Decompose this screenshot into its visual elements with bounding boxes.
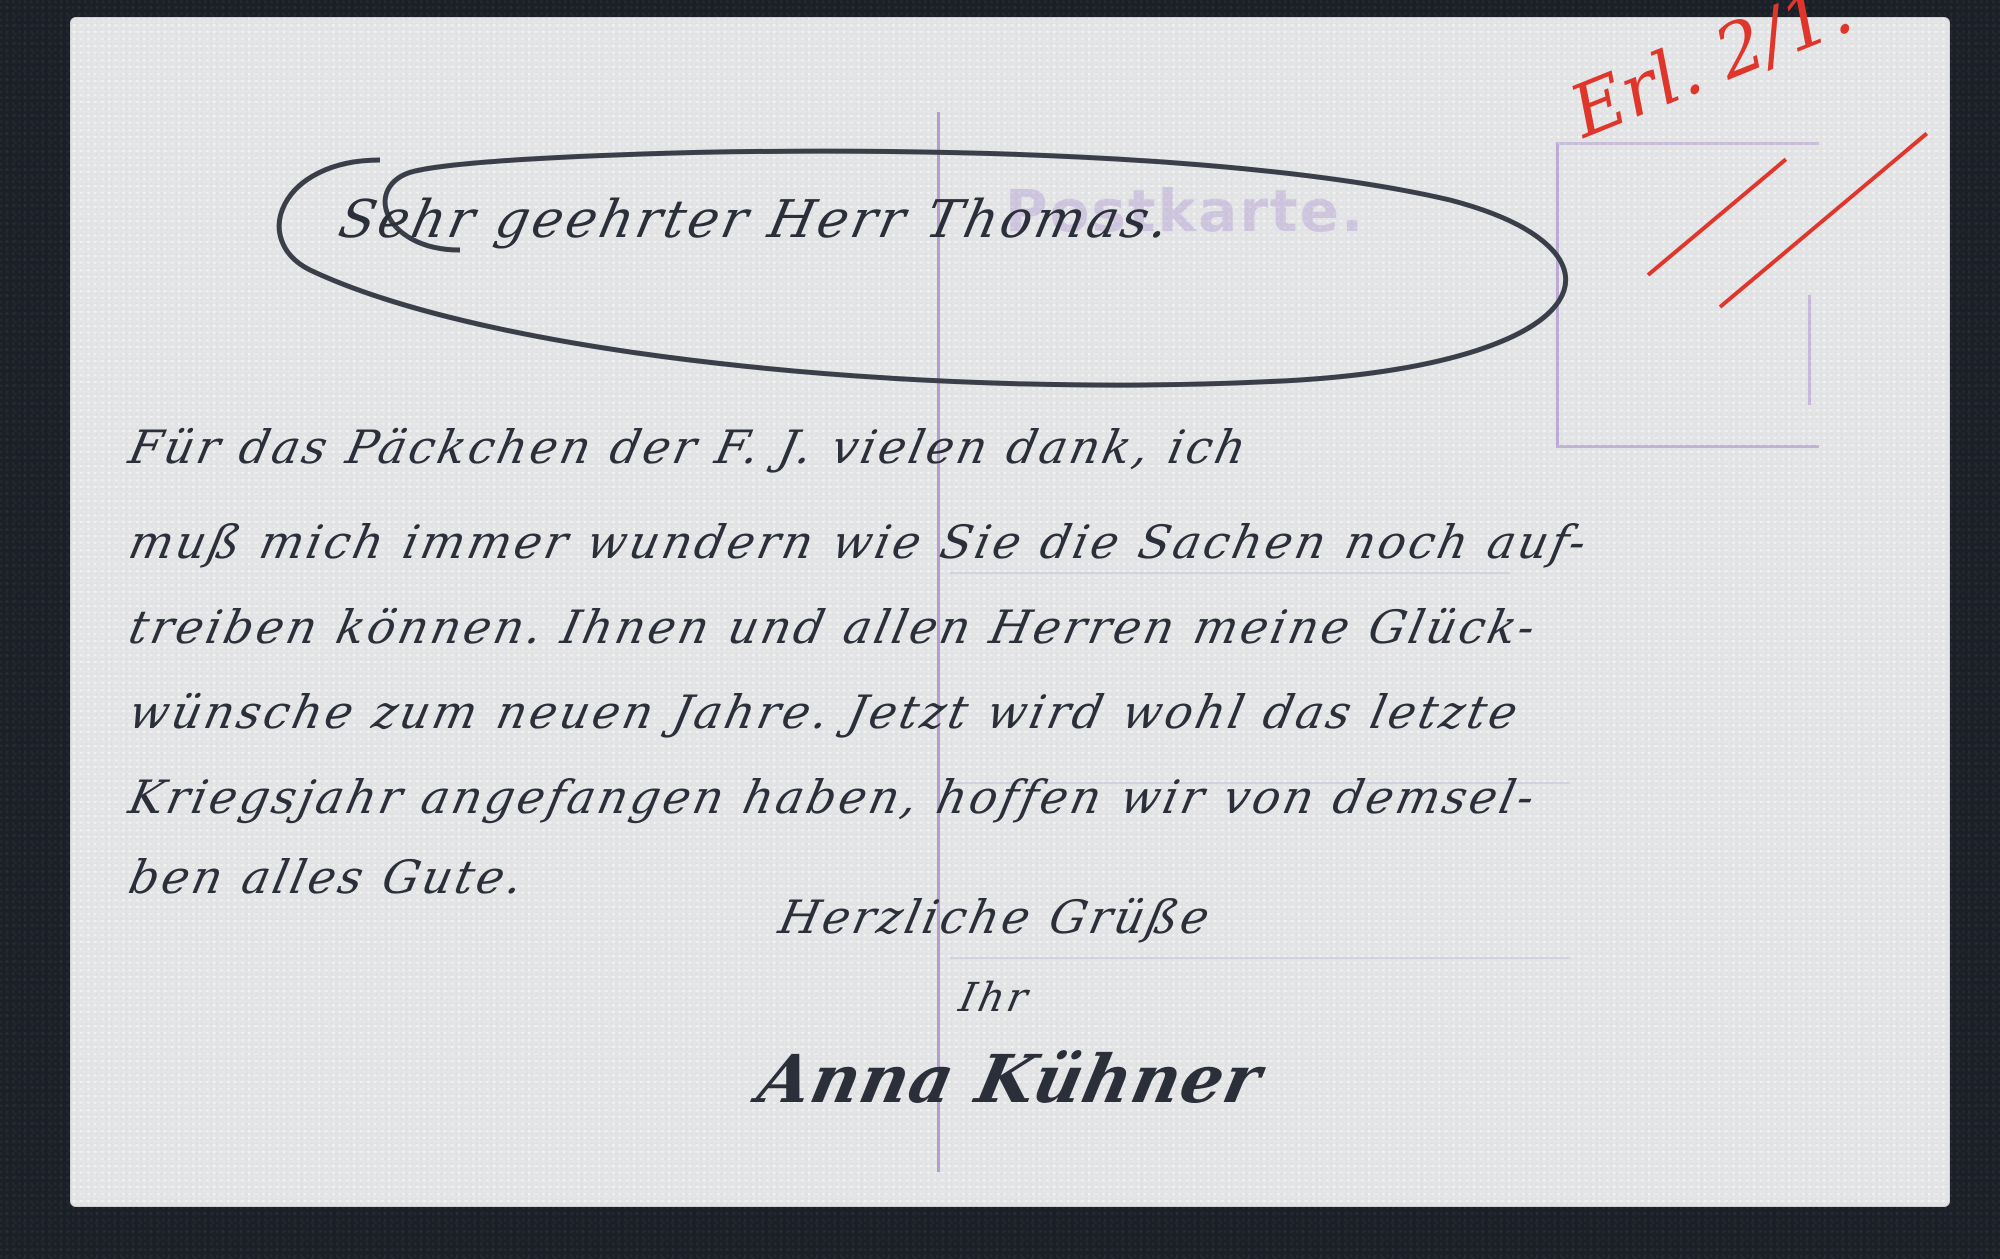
letter-line: Für das Päckchen der F. J. vielen dank, …	[124, 420, 1254, 474]
letter-line: treiben können. Ihnen und allen Herren m…	[124, 600, 1543, 654]
letter-line: muß mich immer wundern wie Sie die Sache…	[124, 515, 1594, 569]
address-line	[950, 957, 1570, 959]
letter-line: wünsche zum neuen Jahre. Jetzt wird wohl…	[124, 685, 1525, 739]
signature-prefix: Ihr	[955, 975, 1034, 1021]
stamp-box-outline	[1556, 142, 1819, 448]
stamp-box-edge	[1808, 295, 1811, 405]
address-line	[950, 572, 1510, 574]
letter-greeting: Sehr geehrter Herr Thomas.	[334, 190, 1178, 250]
letter-line: ben alles Gute.	[124, 850, 530, 904]
letter-closing: Herzliche Grüße	[774, 890, 1217, 944]
letter-line: Kriegsjahr angefangen haben, hoffen wir …	[124, 770, 1542, 824]
signature: Anna Kühner	[752, 1040, 1269, 1118]
